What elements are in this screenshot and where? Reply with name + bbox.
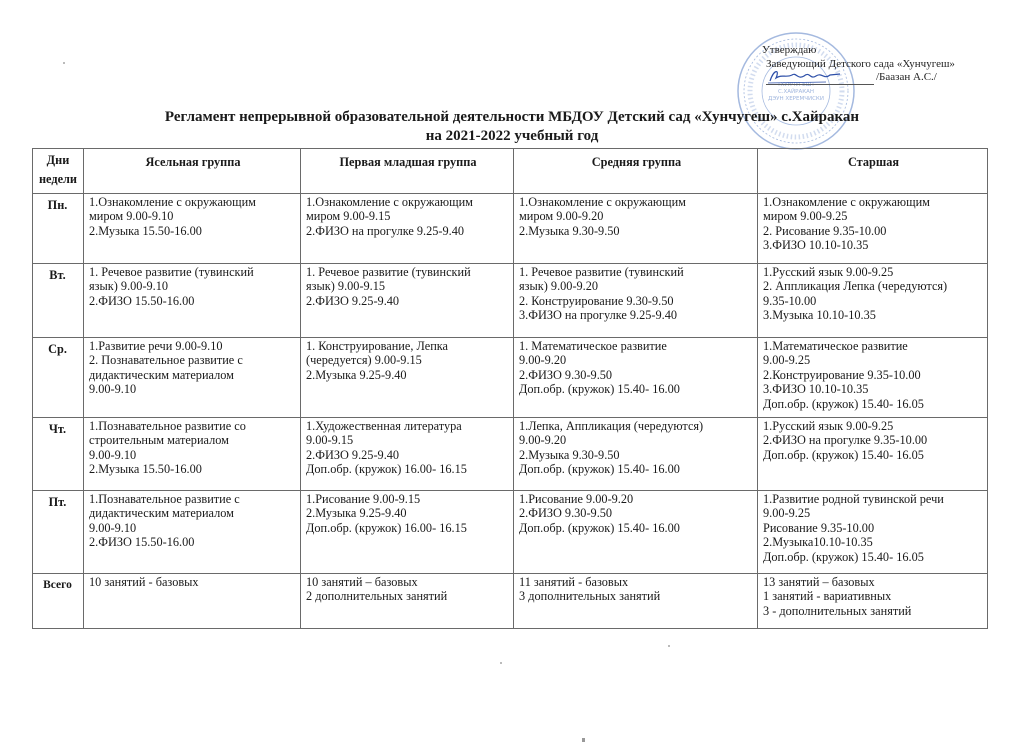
activity-line: 1.Ознакомление с окружающим <box>519 195 754 209</box>
activity-line: 2 дополнительных занятий <box>306 589 510 603</box>
activity-line: миром 9.00-9.10 <box>89 209 297 223</box>
signature <box>766 72 874 85</box>
approval-signature-line: /Баазан А.С./ <box>762 71 955 85</box>
cell-nursery: 1. Речевое развитие (тувинскийязык) 9.00… <box>84 264 301 338</box>
activity-line: 9.35-10.00 <box>763 294 984 308</box>
activity-line: 3 дополнительных занятий <box>519 589 754 603</box>
activity-line: 2.Музыка 9.25-9.40 <box>306 368 510 382</box>
row-tuesday: Вт.1. Речевое развитие (тувинскийязык) 9… <box>33 264 988 338</box>
activity-line: Доп.обр. (кружок) 15.40- 16.00 <box>519 462 754 476</box>
activity-line: 1.Рисование 9.00-9.20 <box>519 492 754 506</box>
activity-line: 2.Музыка 9.30-9.50 <box>519 448 754 462</box>
activity-line: 9.00-9.25 <box>763 506 984 520</box>
activity-line: 2.Музыка 15.50-16.00 <box>89 462 297 476</box>
header-nursery-group: Ясельная группа <box>84 149 301 194</box>
activity-line: 1.Развитие родной тувинской речи <box>763 492 984 506</box>
activity-line: 2. Рисование 9.35-10.00 <box>763 224 984 238</box>
cell-middle: 11 занятий - базовых3 дополнительных зан… <box>514 574 758 629</box>
activity-line: Рисование 9.35-10.00 <box>763 521 984 535</box>
activity-line: 2.ФИЗО на прогулке 9.35-10.00 <box>763 433 984 447</box>
cell-first-junior: 1.Художественная литература9.00-9.152.ФИ… <box>301 418 514 491</box>
activity-line: Доп.обр. (кружок) 15.40- 16.05 <box>763 550 984 564</box>
activity-line: 1.Развитие речи 9.00-9.10 <box>89 339 297 353</box>
cell-middle: 1. Математическое развитие9.00-9.202.ФИЗ… <box>514 338 758 418</box>
cell-senior: 1.Русский язык 9.00-9.252.ФИЗО на прогул… <box>758 418 988 491</box>
cell-nursery: 1.Ознакомление с окружающиммиром 9.00-9.… <box>84 194 301 264</box>
activity-line: 9.00-9.10 <box>89 448 297 462</box>
activity-line: Доп.обр. (кружок) 15.40- 16.00 <box>519 382 754 396</box>
cell-first-junior: 1. Речевое развитие (тувинскийязык) 9.00… <box>301 264 514 338</box>
activity-line: 1. Речевое развитие (тувинский <box>519 265 754 279</box>
scan-speck <box>500 662 502 664</box>
activity-line: язык) 9.00-9.10 <box>89 279 297 293</box>
day-label: Всего <box>33 574 84 629</box>
activity-line: 1.Математическое развитие <box>763 339 984 353</box>
cell-middle: 1.Лепка, Аппликация (чередуются)9.00-9.2… <box>514 418 758 491</box>
activity-line: 1. Речевое развитие (тувинский <box>306 265 510 279</box>
activity-line: язык) 9.00-9.15 <box>306 279 510 293</box>
activity-line: 9.00-9.20 <box>519 353 754 367</box>
activity-line: 2. Аппликация Лепка (чередуются) <box>763 279 984 293</box>
activity-line: Доп.обр. (кружок) 15.40- 16.05 <box>763 448 984 462</box>
signature-scribble-icon <box>766 66 846 86</box>
cell-middle: 1.Рисование 9.00-9.202.ФИЗО 9.30-9.50Доп… <box>514 491 758 574</box>
activity-line: 2.Музыка 15.50-16.00 <box>89 224 297 238</box>
activity-line: 9.00-9.10 <box>89 382 297 396</box>
activity-line: 1. Конструирование, Лепка <box>306 339 510 353</box>
activity-line: миром 9.00-9.15 <box>306 209 510 223</box>
day-label: Чт. <box>33 418 84 491</box>
activity-line: 1.Русский язык 9.00-9.25 <box>763 419 984 433</box>
activity-line: Доп.обр. (кружок) 16.00- 16.15 <box>306 521 510 535</box>
activity-line: 10 занятий – базовых <box>306 575 510 589</box>
cell-nursery: 1.Познавательное развитие состроительным… <box>84 418 301 491</box>
scan-speck <box>63 62 65 64</box>
activity-line: строительным материалом <box>89 433 297 447</box>
cell-middle: 1.Ознакомление с окружающиммиром 9.00-9.… <box>514 194 758 264</box>
activity-line: 2.ФИЗО 15.50-16.00 <box>89 535 297 549</box>
header-days-word: Дни <box>34 151 82 170</box>
day-label: Пн. <box>33 194 84 264</box>
activity-line: 2.ФИЗО 15.50-16.00 <box>89 294 297 308</box>
cell-first-junior: 1. Конструирование, Лепка(чередуется) 9.… <box>301 338 514 418</box>
activity-line: 1.Русский язык 9.00-9.25 <box>763 265 984 279</box>
stamp-text-2: С.ХАЙРАКАН <box>778 88 814 95</box>
activity-line: миром 9.00-9.25 <box>763 209 984 223</box>
header-days-word: недели <box>34 170 82 189</box>
header-middle-group: Средняя группа <box>514 149 758 194</box>
activity-line: 3.Музыка 10.10-10.35 <box>763 308 984 322</box>
activity-line: 2. Познавательное развитие с <box>89 353 297 367</box>
activity-line: дидактическим материалом <box>89 368 297 382</box>
day-label: Ср. <box>33 338 84 418</box>
row-wednesday: Ср.1.Развитие речи 9.00-9.102. Познавате… <box>33 338 988 418</box>
header-days: Днинедели <box>33 149 84 194</box>
activity-line: 2.Музыка 9.25-9.40 <box>306 506 510 520</box>
row-friday: Пт.1.Познавательное развитие сдидактичес… <box>33 491 988 574</box>
cell-middle: 1. Речевое развитие (тувинскийязык) 9.00… <box>514 264 758 338</box>
activity-line: 9.00-9.10 <box>89 521 297 535</box>
activity-line: 2.ФИЗО 9.30-9.50 <box>519 506 754 520</box>
schedule-table: Днинедели Ясельная группа Первая младшая… <box>32 148 988 629</box>
activity-line: 1.Художественная литература <box>306 419 510 433</box>
cell-senior: 1.Математическое развитие9.00-9.252.Конс… <box>758 338 988 418</box>
header-first-junior-group: Первая младшая группа <box>301 149 514 194</box>
activity-line: 3.ФИЗО 10.10-10.35 <box>763 238 984 252</box>
activity-line: 1. Речевое развитие (тувинский <box>89 265 297 279</box>
activity-line: (чередуется) 9.00-9.15 <box>306 353 510 367</box>
activity-line: 10 занятий - базовых <box>89 575 297 589</box>
scan-speck <box>668 645 670 647</box>
activity-line: 2.Музыка 9.30-9.50 <box>519 224 754 238</box>
activity-line: язык) 9.00-9.20 <box>519 279 754 293</box>
cell-first-junior: 1.Ознакомление с окружающиммиром 9.00-9.… <box>301 194 514 264</box>
activity-line: Доп.обр. (кружок) 15.40- 16.00 <box>519 521 754 535</box>
activity-line: 1.Рисование 9.00-9.15 <box>306 492 510 506</box>
activity-line: 1 занятий - вариативных <box>763 589 984 603</box>
title-line-2: на 2021-2022 учебный год <box>0 127 1024 146</box>
stamp-text-3: ДЭУН ХЕРЕМЧИСКИ <box>768 96 824 102</box>
activity-line: Доп.обр. (кружок) 15.40- 16.05 <box>763 397 984 411</box>
activity-line: 2.ФИЗО 9.25-9.40 <box>306 294 510 308</box>
document-title: Регламент непрерывной образовательной де… <box>0 108 1024 146</box>
row-thursday: Чт.1.Познавательное развитие состроитель… <box>33 418 988 491</box>
row-total: Всего10 занятий - базовых10 занятий – ба… <box>33 574 988 629</box>
activity-line: 2.Музыка10.10-10.35 <box>763 535 984 549</box>
cell-first-junior: 10 занятий – базовых2 дополнительных зан… <box>301 574 514 629</box>
header-senior-group: Старшая <box>758 149 988 194</box>
row-monday: Пн.1.Ознакомление с окружающиммиром 9.00… <box>33 194 988 264</box>
cell-nursery: 1.Познавательное развитие сдидактическим… <box>84 491 301 574</box>
activity-line: 1.Познавательное развитие со <box>89 419 297 433</box>
activity-line: 3 - дополнительных занятий <box>763 604 984 618</box>
scan-speck <box>582 738 585 742</box>
activity-line: Доп.обр. (кружок) 16.00- 16.15 <box>306 462 510 476</box>
activity-line: 1.Лепка, Аппликация (чередуются) <box>519 419 754 433</box>
cell-senior: 13 занятий – базовых1 занятий - вариатив… <box>758 574 988 629</box>
activity-line: 11 занятий - базовых <box>519 575 754 589</box>
cell-first-junior: 1.Рисование 9.00-9.152.Музыка 9.25-9.40Д… <box>301 491 514 574</box>
day-label: Вт. <box>33 264 84 338</box>
approval-name: /Баазан А.С./ <box>876 71 937 83</box>
cell-senior: 1.Развитие родной тувинской речи9.00-9.2… <box>758 491 988 574</box>
activity-line: 2.ФИЗО 9.25-9.40 <box>306 448 510 462</box>
activity-line: 1.Познавательное развитие с <box>89 492 297 506</box>
activity-line: 9.00-9.20 <box>519 433 754 447</box>
activity-line: 1.Ознакомление с окружающим <box>89 195 297 209</box>
activity-line: дидактическим материалом <box>89 506 297 520</box>
activity-line: 1.Ознакомление с окружающим <box>306 195 510 209</box>
activity-line: 13 занятий – базовых <box>763 575 984 589</box>
cell-nursery: 10 занятий - базовых <box>84 574 301 629</box>
activity-line: 9.00-9.15 <box>306 433 510 447</box>
cell-senior: 1.Ознакомление с окружающиммиром 9.00-9.… <box>758 194 988 264</box>
activity-line: миром 9.00-9.20 <box>519 209 754 223</box>
day-label: Пт. <box>33 491 84 574</box>
activity-line: 2.ФИЗО на прогулке 9.25-9.40 <box>306 224 510 238</box>
activity-line: 3.ФИЗО на прогулке 9.25-9.40 <box>519 308 754 322</box>
activity-line: 1. Математическое развитие <box>519 339 754 353</box>
cell-senior: 1.Русский язык 9.00-9.252. Аппликация Ле… <box>758 264 988 338</box>
activity-line: 3.ФИЗО 10.10-10.35 <box>763 382 984 396</box>
activity-line: 2.Конструирование 9.35-10.00 <box>763 368 984 382</box>
activity-line: 2.ФИЗО 9.30-9.50 <box>519 368 754 382</box>
approval-block: Утверждаю Заведующий Детского сада «Хунч… <box>762 44 955 85</box>
activity-line: 1.Ознакомление с окружающим <box>763 195 984 209</box>
activity-line: 2. Конструирование 9.30-9.50 <box>519 294 754 308</box>
cell-nursery: 1.Развитие речи 9.00-9.102. Познавательн… <box>84 338 301 418</box>
approval-heading: Утверждаю <box>762 44 955 58</box>
activity-line: 9.00-9.25 <box>763 353 984 367</box>
title-line-1: Регламент непрерывной образовательной де… <box>0 108 1024 127</box>
table-header-row: Днинедели Ясельная группа Первая младшая… <box>33 149 988 194</box>
